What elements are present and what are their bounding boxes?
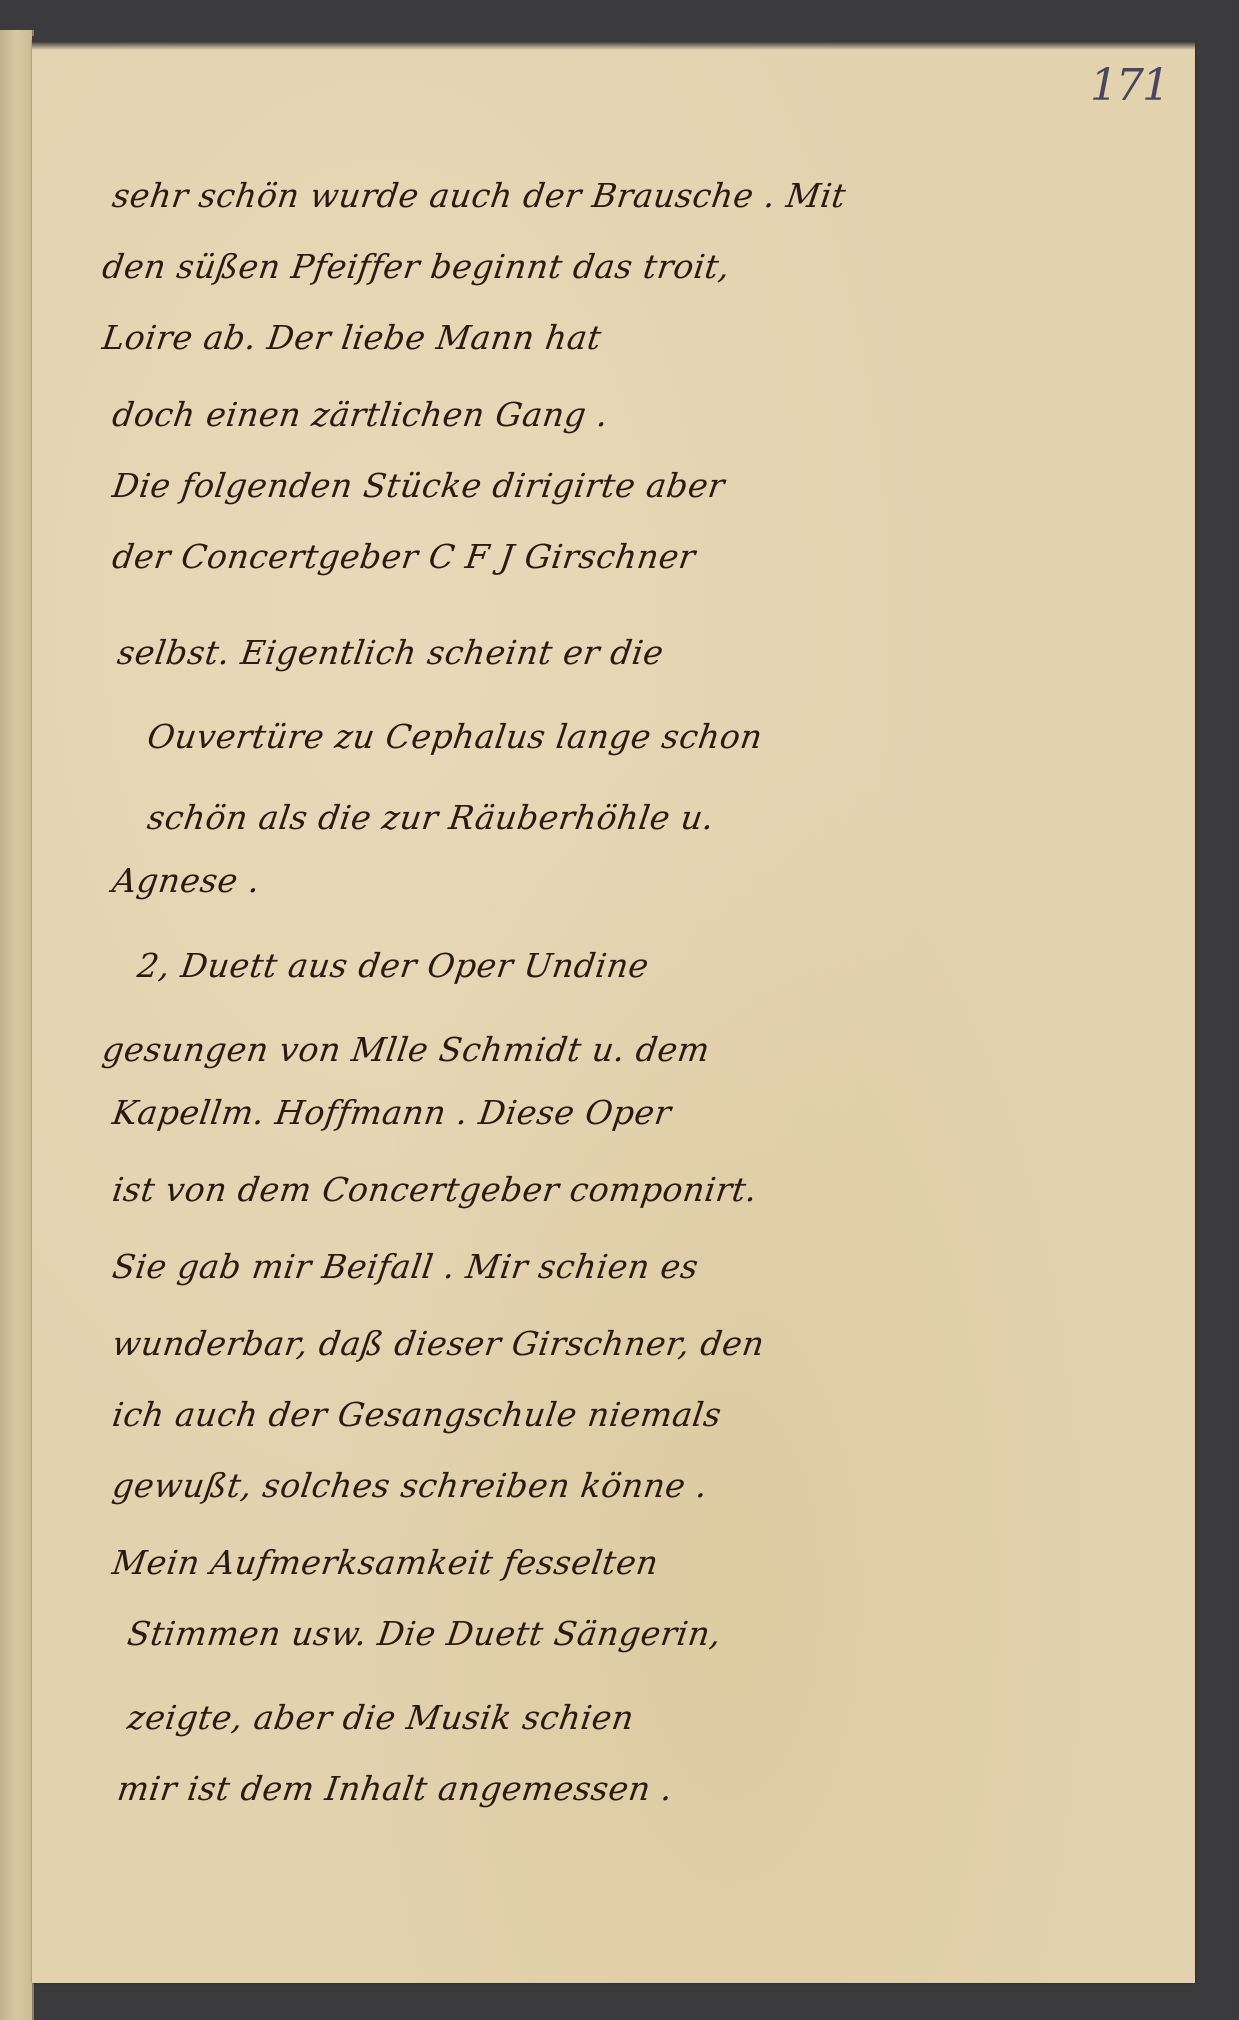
handwritten-line: gewußt, solches schreiben könne . bbox=[110, 1466, 710, 1505]
torn-top-edge bbox=[32, 36, 1195, 50]
handwritten-line: schön als die zur Räuberhöhle u. bbox=[145, 798, 717, 837]
handwritten-line: der Concertgeber C F J Girschner bbox=[110, 537, 698, 576]
handwritten-line: 2, Duett aus der Oper Undine bbox=[135, 946, 651, 985]
handwritten-line: Mein Aufmerksamkeit fesselten bbox=[110, 1543, 661, 1582]
handwritten-line: doch einen zärtlichen Gang . bbox=[110, 395, 611, 434]
handwritten-line: wunderbar, daß dieser Girschner, den bbox=[110, 1324, 767, 1363]
handwritten-line: Die folgenden Stücke dirigirte aber bbox=[110, 466, 727, 505]
handwritten-line: Kapellm. Hoffmann . Diese Oper bbox=[110, 1093, 674, 1132]
handwritten-line: mir ist dem Inhalt angemessen . bbox=[115, 1769, 675, 1808]
handwritten-line: den süßen Pfeiffer beginnt das troit, bbox=[100, 247, 733, 286]
handwritten-line: sehr schön wurde auch der Brausche . Mit bbox=[110, 176, 848, 215]
folio-number: 171 bbox=[1090, 60, 1168, 111]
handwritten-line: gesungen von Mlle Schmidt u. dem bbox=[100, 1030, 712, 1069]
handwritten-line: ich auch der Gesangschule niemals bbox=[110, 1395, 724, 1434]
handwritten-line: ist von dem Concertgeber componirt. bbox=[110, 1170, 760, 1209]
handwritten-line: Stimmen usw. Die Duett Sängerin, bbox=[125, 1614, 724, 1653]
handwritten-line: zeigte, aber die Musik schien bbox=[125, 1698, 637, 1737]
handwritten-line: Loire ab. Der liebe Mann hat bbox=[100, 318, 604, 357]
previous-page-edge bbox=[0, 30, 34, 2020]
handwritten-line: Agnese . bbox=[110, 861, 263, 900]
handwritten-line: Ouvertüre zu Cephalus lange schon bbox=[145, 717, 765, 756]
handwritten-line: selbst. Eigentlich scheint er die bbox=[115, 633, 666, 672]
handwritten-line: Sie gab mir Beifall . Mir schien es bbox=[110, 1247, 701, 1286]
